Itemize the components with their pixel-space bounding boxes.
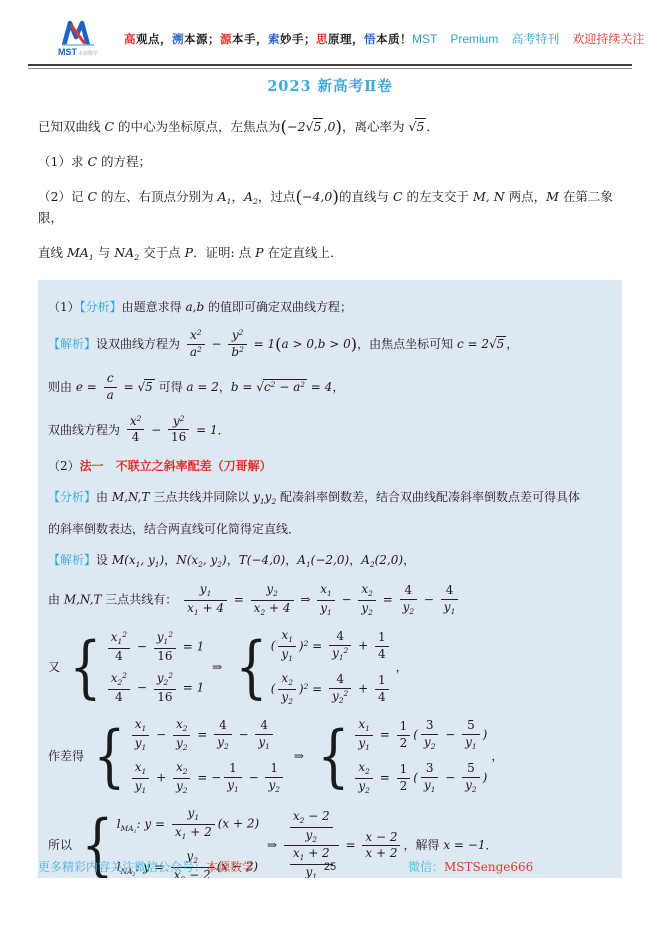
math-text: y2 bbox=[358, 779, 370, 793]
text-run: 又 bbox=[48, 660, 60, 674]
sqrt-radical: √5 bbox=[489, 335, 506, 354]
math-fraction: 4y2 bbox=[214, 719, 232, 751]
footer-right-segment: 微信： bbox=[408, 860, 444, 874]
text-run: ⇒ bbox=[208, 660, 226, 674]
text-run: 1 bbox=[400, 762, 408, 776]
subscript: 1 bbox=[194, 813, 199, 822]
subscript: 1 bbox=[288, 654, 293, 663]
text-run: 1 bbox=[400, 719, 408, 733]
math-text: x2 bbox=[361, 582, 373, 596]
math-fraction: y1x1 + 2 bbox=[172, 807, 215, 841]
slogan-segment: 高 bbox=[124, 34, 136, 46]
math-text: x − 2 bbox=[365, 830, 397, 844]
fraction-numerator: y22 bbox=[154, 672, 176, 690]
fraction-numerator: 4 bbox=[255, 719, 273, 735]
fraction-denominator: y2 bbox=[278, 690, 296, 707]
math-text: y22 bbox=[157, 671, 173, 685]
math-text: x22 bbox=[111, 671, 127, 685]
slogan-segment: 原理， bbox=[328, 34, 364, 46]
subscript: 1 bbox=[306, 560, 311, 569]
math-fraction: ca bbox=[104, 372, 117, 403]
fraction-numerator: x2 bbox=[358, 583, 376, 601]
fraction-denominator: y1 bbox=[355, 736, 373, 753]
subscript: 2 bbox=[181, 875, 186, 878]
logo-label: MST bbox=[58, 47, 77, 57]
fraction-numerator: 3 bbox=[421, 762, 439, 778]
superscript: 2 bbox=[137, 414, 142, 423]
fraction-denominator: 16 bbox=[154, 690, 176, 705]
big-paren: ) bbox=[332, 187, 339, 207]
cases-brace-icon: { bbox=[317, 729, 349, 784]
math-text: y1 bbox=[424, 778, 436, 792]
subscript: 1 bbox=[155, 560, 160, 569]
math-text: y1 bbox=[281, 647, 293, 661]
text-run: 【分析】 bbox=[48, 490, 96, 504]
text-run: 4 bbox=[115, 690, 123, 704]
slogan-segment: 观点， bbox=[136, 34, 172, 46]
slogan-segment: 妙手； bbox=[280, 34, 316, 46]
math-text: y12 bbox=[332, 646, 348, 660]
math-text: C bbox=[393, 189, 403, 204]
fraction-denominator: y2 bbox=[173, 779, 191, 796]
math-fraction: x2y2 bbox=[278, 672, 296, 706]
fraction-denominator: y12 bbox=[329, 646, 351, 663]
math-text: x1 bbox=[358, 717, 370, 731]
cases-rows: x1y1 = 12(3y2 − 5y1)x2y2 = 12(3y1 − 5y2) bbox=[352, 718, 487, 795]
content-line: 已知双曲线 C 的中心为坐标原点，左焦点为(−2√5,0)，离心率为 √5． bbox=[38, 117, 630, 137]
math-text: P bbox=[185, 245, 193, 260]
text-run: 【解析】 bbox=[48, 337, 96, 351]
text-run: ，解得 bbox=[403, 838, 443, 852]
fraction-denominator: y2 bbox=[290, 828, 333, 845]
math-text: c bbox=[107, 371, 114, 385]
math-text: = 4 bbox=[307, 380, 332, 394]
text-run: ．证明: 点 bbox=[193, 245, 255, 260]
math-text: y1y2 bbox=[253, 490, 276, 504]
logo-mark-icon bbox=[60, 20, 96, 47]
text-run: 交于点 bbox=[139, 245, 184, 260]
fraction-denominator: 4 bbox=[108, 690, 130, 705]
footer-left: 更多精彩内容关注微信公众号：本源数学 bbox=[38, 858, 310, 875]
subscript: 2 bbox=[368, 608, 373, 617]
radicand: 5 bbox=[144, 379, 155, 394]
fraction-numerator: y1 bbox=[172, 807, 215, 825]
solution-box: （1）【分析】由题意求得 a,b 的值即可确定双曲线方程；【解析】设双曲线方程为… bbox=[38, 280, 622, 878]
text-run: 4 bbox=[405, 583, 413, 597]
math-text: + bbox=[354, 682, 372, 696]
math-text: M,N,T bbox=[64, 593, 102, 607]
problem-section: 已知双曲线 C 的中心为坐标原点，左焦点为(−2√5,0)，离心率为 √5．（1… bbox=[0, 100, 660, 265]
cases-row: x124 − y1216 = 1 bbox=[105, 631, 205, 663]
subscript: 1 bbox=[327, 589, 332, 598]
fraction-numerator: 1 bbox=[224, 762, 242, 778]
text-run: 双曲线方程为 bbox=[48, 422, 124, 436]
math-text: b2 bbox=[231, 345, 243, 359]
cases-row: x2y2 = 12(3y1 − 5y2) bbox=[352, 761, 487, 795]
fraction-numerator: c bbox=[104, 372, 117, 388]
subscript: 2 bbox=[409, 607, 414, 616]
text-run: 的左支交于 bbox=[403, 189, 473, 204]
math-text: y1 bbox=[320, 601, 332, 615]
content-line: （1）求 C 的方程； bbox=[38, 152, 630, 172]
math-text: x2 + 4 bbox=[254, 601, 291, 615]
content-line: 【分析】由 M,N,T 三点共线并同除以 y1y2 配凑斜率倒数差，结合双曲线配… bbox=[48, 488, 612, 508]
fraction-numerator: x1 bbox=[132, 761, 150, 779]
text-run: ⇒ bbox=[297, 593, 315, 607]
math-text: ) bbox=[483, 728, 488, 742]
math-text: x2 bbox=[176, 717, 188, 731]
math-fraction: x2a2 bbox=[187, 329, 205, 360]
math-text: )2 = bbox=[299, 682, 326, 696]
subscript: 2 bbox=[275, 785, 280, 794]
math-text: b = bbox=[231, 380, 256, 394]
header-right-item: Premium bbox=[450, 32, 498, 46]
math-text: = bbox=[376, 771, 394, 785]
math-fraction: x2y2 bbox=[173, 718, 191, 752]
text-run: 5 bbox=[467, 761, 475, 775]
fraction-numerator: x1 bbox=[317, 583, 335, 601]
text-run: 16 bbox=[157, 690, 172, 704]
cases-row: x1y1 − x2y2 = 4y2 − 4y1 bbox=[129, 718, 286, 752]
text-run: ， bbox=[227, 553, 239, 567]
subscript: MA1 bbox=[121, 824, 137, 833]
math-fraction: x − 2x + 2 bbox=[362, 831, 400, 862]
fraction-denominator: 4 bbox=[375, 690, 389, 705]
footer-left-segment: 更多精彩内容关注微信公众号： bbox=[38, 860, 206, 874]
text-run: ， bbox=[349, 553, 361, 567]
math-fraction: y2b2 bbox=[228, 329, 246, 360]
superscript: 2 bbox=[271, 380, 276, 389]
subscript: 1 bbox=[142, 786, 147, 795]
math-fraction: 14 bbox=[375, 631, 389, 662]
page: MST本源数学 高观点，溯本源；源本手，索妙手；思原理，悟本质！ MSTPrem… bbox=[0, 0, 660, 933]
math-fraction: 14 bbox=[375, 674, 389, 705]
math-text: ( bbox=[413, 728, 418, 742]
slogan-segment: 源 bbox=[220, 34, 232, 46]
math-text: y2 bbox=[232, 328, 244, 342]
content-line: 的斜率倒数表达，结合两直线可化简得定直线． bbox=[48, 520, 612, 539]
subscript: 1 bbox=[365, 724, 370, 733]
fraction-denominator: y2 bbox=[358, 601, 376, 618]
fraction-numerator: 5 bbox=[462, 762, 480, 778]
text-run: 作差得 bbox=[48, 749, 84, 763]
subscript: 1 bbox=[134, 830, 137, 835]
math-text: − bbox=[133, 681, 151, 695]
math-text: ( bbox=[271, 682, 276, 696]
text-run: 1 bbox=[270, 761, 278, 775]
math-fraction: 12 bbox=[397, 720, 411, 751]
subscript: 1 bbox=[431, 785, 436, 794]
math-text: = − bbox=[193, 771, 221, 785]
text-run: ， bbox=[231, 189, 244, 204]
fraction-numerator: y2 bbox=[168, 415, 189, 431]
subscript: 1 bbox=[207, 589, 212, 598]
math-fraction: x1y1 bbox=[132, 761, 150, 795]
header: MST本源数学 高观点，溯本源；源本手，索妙手；思原理，悟本质！ MSTPrem… bbox=[0, 0, 660, 57]
math-text: x1 bbox=[281, 628, 293, 642]
math-text: a = 2 bbox=[186, 380, 218, 394]
cases-row: x224 − y2216 = 1 bbox=[105, 672, 205, 704]
text-run: 法一 不联立之斜率配差（刀哥解） bbox=[80, 459, 272, 473]
subscript: 2 bbox=[312, 835, 317, 844]
text-run: （1）求 bbox=[38, 154, 87, 169]
subscript: 1 bbox=[451, 607, 456, 616]
math-fraction: 4y1 bbox=[255, 719, 273, 751]
fraction-denominator: y1 bbox=[255, 735, 273, 752]
text-run: 2 bbox=[400, 736, 408, 750]
math-text: = bbox=[193, 728, 211, 742]
fraction-numerator: 4 bbox=[329, 630, 351, 646]
subscript: 1 bbox=[136, 560, 141, 569]
fraction-numerator: y2 bbox=[228, 329, 246, 345]
math-text: y2 bbox=[266, 582, 278, 596]
cases-group: {x124 − y1216 = 1x224 − y2216 = 1 bbox=[64, 631, 204, 705]
superscript: 2 bbox=[122, 671, 127, 680]
sqrt-radical: √5 bbox=[137, 378, 154, 397]
text-run: 【解析】 bbox=[48, 553, 96, 567]
content-line: 由 M,N,T 三点共线有： y1x1 + 4 = y2x2 + 4 ⇒ x1y… bbox=[48, 583, 612, 617]
math-text: − bbox=[441, 728, 459, 742]
cases-row: lMA1: y = y1x1 + 2(x + 2) bbox=[117, 807, 259, 841]
fraction-denominator: 4 bbox=[108, 649, 130, 664]
radicand: c2 − a2 bbox=[263, 379, 307, 394]
subscript: 1 bbox=[288, 635, 293, 644]
superscript: 2 bbox=[180, 414, 185, 423]
fraction-denominator: y2 bbox=[355, 779, 373, 796]
math-text: − bbox=[152, 728, 170, 742]
fraction-denominator: y1 bbox=[317, 601, 335, 618]
text-run: 4 bbox=[219, 718, 227, 732]
content-line: （2）法一 不联立之斜率配差（刀哥解） bbox=[48, 457, 612, 476]
math-text: −4,0 bbox=[302, 189, 332, 204]
text-run: ， bbox=[396, 660, 408, 674]
math-fraction: 4y1 bbox=[441, 584, 459, 616]
superscript: 2 bbox=[239, 345, 244, 354]
fraction-numerator: y1 bbox=[184, 583, 227, 601]
math-text: y22 bbox=[332, 689, 348, 703]
math-text: )2 = bbox=[299, 639, 326, 653]
math-text: + bbox=[354, 639, 372, 653]
superscript: 2 bbox=[197, 328, 202, 337]
text-run: 1 bbox=[378, 630, 386, 644]
math-text: y1 bbox=[135, 736, 147, 750]
math-text: x1 bbox=[135, 717, 147, 731]
math-text: y1 bbox=[135, 779, 147, 793]
subscript: 2 bbox=[368, 589, 373, 598]
fraction-numerator: 1 bbox=[375, 631, 389, 647]
text-run: ⇒ bbox=[263, 838, 281, 852]
text-run: 4 bbox=[446, 583, 454, 597]
text-run: 的左、右顶点分别为 bbox=[97, 189, 217, 204]
math-text: − bbox=[235, 728, 253, 742]
text-run: 4 bbox=[336, 629, 344, 643]
math-text: a,b bbox=[185, 300, 204, 314]
content-line: 【解析】设双曲线方程为 x2a2 − y2b2 = 1(a > 0,b > 0)… bbox=[48, 329, 612, 360]
subscript: 2 bbox=[300, 816, 305, 825]
text-run: 4 bbox=[336, 672, 344, 686]
cases-group: {x1y1 − x2y2 = 4y2 − 4y1x1y1 + x2y2 = −1… bbox=[88, 718, 286, 795]
text-run: ． bbox=[426, 119, 439, 134]
math-text: = 1 bbox=[179, 681, 204, 695]
subscript: 1 bbox=[260, 497, 265, 506]
fraction-numerator: 4 bbox=[400, 584, 418, 600]
superscript: 2 bbox=[239, 328, 244, 337]
fraction-numerator: x2 bbox=[278, 672, 296, 690]
subscript: 1 bbox=[234, 785, 239, 794]
math-fraction: x1y1 bbox=[132, 718, 150, 752]
text-run: 设双曲线方程为 bbox=[96, 337, 184, 351]
fraction-denominator: y2 bbox=[462, 778, 480, 795]
text-run: 由题意求得 bbox=[122, 300, 186, 314]
math-fraction: x2y2 bbox=[358, 583, 376, 617]
fraction-denominator: x2 + 4 bbox=[251, 601, 294, 618]
math-text: ,0 bbox=[323, 119, 335, 134]
fraction-numerator: 4 bbox=[329, 673, 351, 689]
text-run: 直线 bbox=[38, 245, 67, 260]
fraction-denominator: 4 bbox=[127, 430, 145, 445]
fraction-denominator: 16 bbox=[154, 649, 176, 664]
header-right-item: 欢迎持续关注 bbox=[572, 30, 644, 47]
text-run: ， bbox=[403, 553, 415, 567]
fraction-denominator: a bbox=[104, 388, 117, 403]
math-fraction: x1y1 bbox=[355, 718, 373, 752]
header-right-item: MST bbox=[412, 32, 437, 46]
text-run: ， bbox=[219, 380, 231, 394]
cases-rows: x124 − y1216 = 1x224 − y2216 = 1 bbox=[105, 631, 205, 705]
fraction-numerator: 3 bbox=[421, 719, 439, 735]
math-fraction: x24 bbox=[127, 415, 145, 446]
math-fraction: x1y1 bbox=[317, 583, 335, 617]
math-text: 5 bbox=[145, 380, 153, 394]
fraction-denominator: y1 bbox=[224, 778, 242, 795]
text-run: （2）记 bbox=[38, 189, 87, 204]
text-run: 3 bbox=[426, 718, 434, 732]
fraction-numerator: 1 bbox=[265, 762, 283, 778]
cases-brace-icon: { bbox=[93, 729, 125, 784]
text-run: 16 bbox=[171, 430, 186, 444]
math-text: 5 bbox=[497, 337, 505, 351]
math-text: y2 bbox=[176, 736, 188, 750]
text-run: ，离心率为 bbox=[342, 119, 408, 134]
math-text: = bbox=[379, 593, 397, 607]
text-run: 所以 bbox=[48, 838, 72, 852]
cases-group: {x1y1 = 12(3y2 − 5y1)x2y2 = 12(3y1 − 5y2… bbox=[312, 718, 488, 795]
slogan-segment: 本源； bbox=[184, 34, 220, 46]
math-text: MA1 bbox=[67, 245, 94, 260]
text-run: ， bbox=[164, 553, 176, 567]
math-text: 5 bbox=[314, 119, 322, 134]
subscript: 2 bbox=[183, 786, 188, 795]
math-text: y2 bbox=[306, 828, 318, 842]
fraction-numerator: x2 bbox=[187, 329, 205, 345]
math-text: = bbox=[376, 728, 394, 742]
cases-row: (x1y1)2 = 4y12 + 14 bbox=[271, 629, 392, 663]
math-text: N(x2, y2) bbox=[176, 553, 227, 567]
text-run: 可得 bbox=[155, 380, 187, 394]
text-run: 4 bbox=[378, 690, 386, 704]
slogan-segment: 索 bbox=[268, 34, 280, 46]
math-fraction: x1y1 bbox=[278, 629, 296, 663]
math-fraction: x224 bbox=[108, 672, 130, 704]
math-text: a2 bbox=[190, 345, 202, 359]
fraction-denominator: y2 bbox=[421, 735, 439, 752]
math-text: C bbox=[87, 189, 97, 204]
math-text: − bbox=[208, 337, 226, 351]
text-run: 由 bbox=[48, 593, 64, 607]
fraction-denominator: 2 bbox=[397, 736, 411, 751]
slogan-segment: 思 bbox=[316, 34, 328, 46]
fraction-numerator: 4 bbox=[214, 719, 232, 735]
fraction-denominator: y1 bbox=[132, 736, 150, 753]
math-text: y2 bbox=[424, 735, 436, 749]
fraction-denominator: y1 bbox=[441, 600, 459, 617]
footer: 更多精彩内容关注微信公众号：本源数学 25 微信：MSTSenge666 bbox=[38, 858, 622, 875]
math-text: x2 bbox=[281, 671, 293, 685]
fraction-numerator: x − 2 bbox=[362, 831, 400, 847]
subscript: 2 bbox=[288, 697, 293, 706]
math-fraction: y1216 bbox=[154, 631, 176, 663]
math-text: y1 bbox=[188, 806, 200, 820]
math-fraction: x2y2 bbox=[173, 761, 191, 795]
math-text: = bbox=[120, 380, 138, 394]
slogan: 高观点，溯本源；源本手，索妙手；思原理，悟本质！ bbox=[124, 31, 412, 47]
cases-rows: x1y1 − x2y2 = 4y2 − 4y1x1y1 + x2y2 = −1y… bbox=[129, 718, 286, 795]
math-text: = 1 bbox=[192, 422, 217, 436]
text-run: 16 bbox=[157, 649, 172, 663]
math-text: a bbox=[107, 388, 114, 402]
sqrt-radical: √5 bbox=[408, 117, 426, 137]
text-run: 5 bbox=[467, 718, 475, 732]
math-fraction: 4y12 bbox=[329, 630, 351, 662]
footer-left-segment: 本源数学 bbox=[206, 860, 254, 874]
fraction-numerator: x1 bbox=[355, 718, 373, 736]
text-run: 与 bbox=[94, 245, 114, 260]
text-run: ⇒ bbox=[290, 749, 308, 763]
content-line: 作差得{x1y1 − x2y2 = 4y2 − 4y1x1y1 + x2y2 =… bbox=[48, 718, 612, 795]
math-text: M bbox=[546, 189, 559, 204]
superscript: 2 bbox=[304, 639, 309, 648]
math-text: − bbox=[245, 771, 263, 785]
math-text: = bbox=[230, 593, 248, 607]
math-fraction: y2x2 + 4 bbox=[251, 583, 294, 617]
math-text: y2 bbox=[281, 690, 293, 704]
math-text: = 1 bbox=[179, 640, 204, 654]
math-text: ( bbox=[413, 771, 418, 785]
text-run: ， bbox=[506, 337, 518, 351]
fraction-denominator: b2 bbox=[228, 345, 246, 360]
math-text: y1 bbox=[358, 736, 370, 750]
fraction-numerator: x2 − 2 bbox=[290, 810, 333, 828]
math-fraction: 5y2 bbox=[462, 762, 480, 794]
subscript: 2 bbox=[365, 767, 370, 776]
math-text: x1 + 4 bbox=[187, 601, 224, 615]
math-text: a > 0,b > 0 bbox=[282, 337, 351, 351]
fraction-denominator: y1 bbox=[421, 778, 439, 795]
text-run: 1 bbox=[378, 673, 386, 687]
math-text: y2 bbox=[173, 414, 185, 428]
math-text: −2 bbox=[287, 119, 305, 134]
math-text: x = −1 bbox=[443, 838, 485, 852]
subscript: 2 bbox=[198, 560, 203, 569]
text-run: ． bbox=[485, 838, 497, 852]
math-text: y12 bbox=[157, 630, 173, 644]
superscript: 2 bbox=[197, 345, 202, 354]
cases-row: x1y1 = 12(3y2 − 5y1) bbox=[352, 718, 487, 752]
fraction-numerator: x1 bbox=[278, 629, 296, 647]
text-run: 三点共线有： bbox=[101, 593, 181, 607]
fraction-denominator: y1 bbox=[132, 779, 150, 796]
radicand: 5 bbox=[415, 118, 426, 134]
